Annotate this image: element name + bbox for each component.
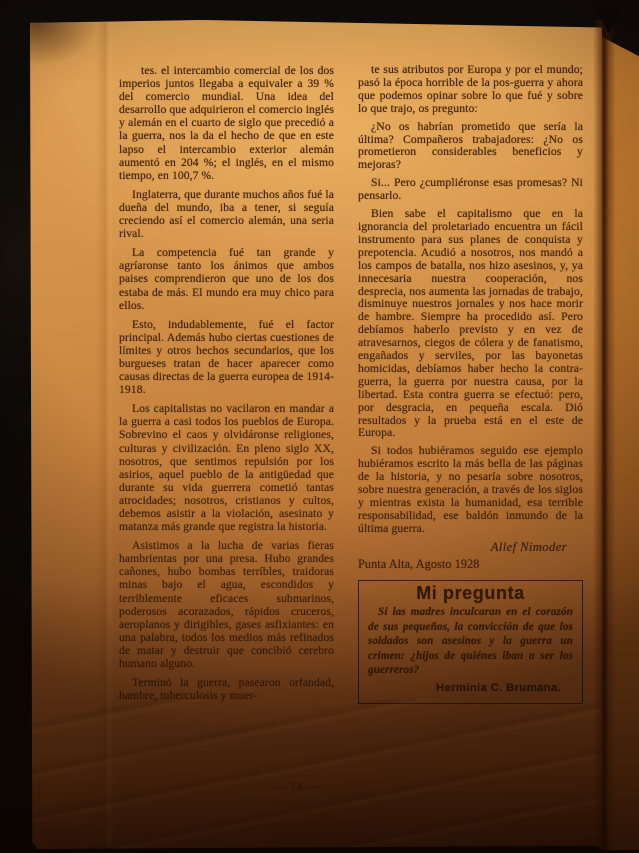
paragraph: Bien sabe el capitalismo que en la ignor… <box>358 208 583 440</box>
paragraph: La competencia fué tan grande y agríaron… <box>119 246 334 311</box>
box-body: Si las madres inculcaran en el corazón d… <box>368 605 573 677</box>
book-page: tes. el intercambio comercial de los dos… <box>30 20 602 849</box>
paragraph: Inglaterra, que durante muchos años fué … <box>119 188 334 240</box>
paragraph: Si... Pero ¿cumpliéronse esas promesas? … <box>358 177 583 203</box>
box-title: Mi pregunta <box>368 587 573 600</box>
paragraph: Si todos hubiéramos seguido ese ejemplo … <box>358 445 583 535</box>
paragraph: ¿No os habrían prometido que sería la úl… <box>358 121 583 173</box>
left-column: tes. el intercambio comercial de los dos… <box>119 64 334 708</box>
page-content: tes. el intercambio comercial de los dos… <box>119 64 583 708</box>
page-number: — 14 — <box>30 779 564 794</box>
photo-background: tes. el intercambio comercial de los dos… <box>0 0 639 853</box>
article-signature: Allef Nimoder <box>358 541 583 554</box>
right-column: te sus atributos por Europa y por el mun… <box>358 64 583 708</box>
page-fold-shadow <box>593 20 615 850</box>
paragraph: tes. el intercambio comercial de los dos… <box>119 64 334 182</box>
paragraph: Asistimos a la lucha de varias fieras ha… <box>119 539 334 670</box>
question-box: Mi pregunta Si las madres inculcaran en … <box>358 580 583 705</box>
dateline: Punta Alta, Agosto 1928 <box>358 558 583 571</box>
box-signature: Herminia C. Brumana. <box>368 682 573 695</box>
paragraph: Esto, indudablemente, fué el factor prin… <box>119 318 334 397</box>
paragraph: te sus atributos por Europa y por el mun… <box>358 64 583 116</box>
paragraph: Los capitalistas no vacilaron en mandar … <box>119 402 334 533</box>
paragraph: Terminó la guerra, pasearon orfandad, ha… <box>119 676 334 702</box>
